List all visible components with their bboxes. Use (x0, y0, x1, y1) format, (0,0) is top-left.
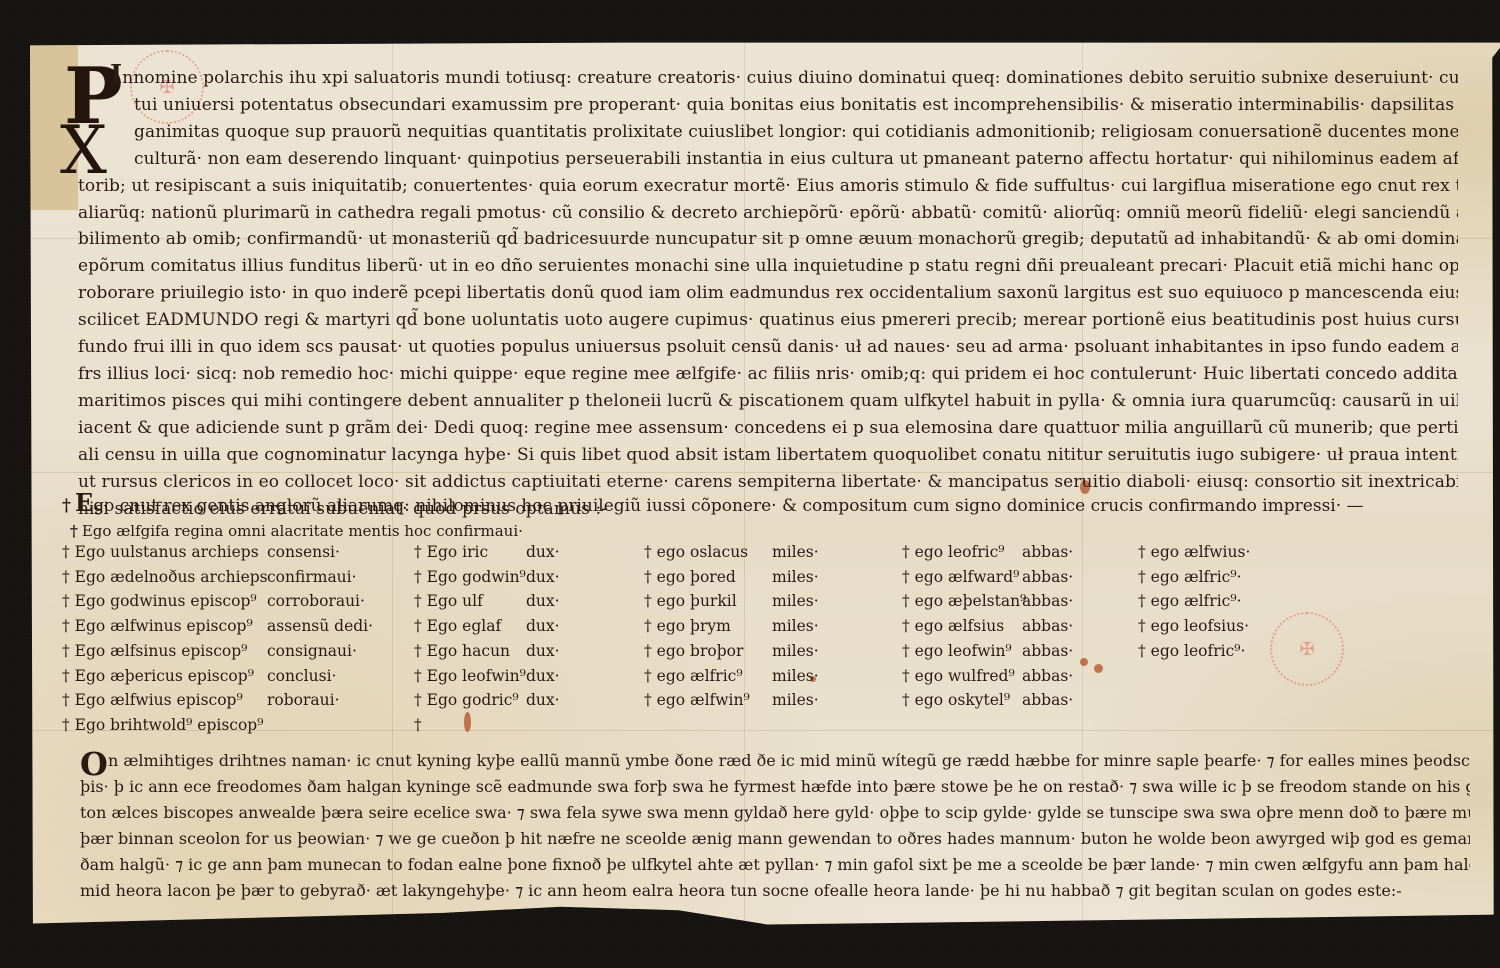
witness-name: † ego oslacus (644, 540, 772, 565)
witness-title: dux· (526, 614, 560, 639)
cross-icon: † (62, 496, 71, 516)
witness-title: abbas· (1022, 688, 1073, 713)
witness-row: † ego ælfric⁹· (1138, 565, 1250, 590)
witness-row: † ego ælfric⁹miles· (644, 664, 819, 689)
text-line: tui uniuersi potentatus obsecundari exam… (78, 92, 1458, 119)
witness-row: † ego oslacusmiles· (644, 540, 819, 565)
witness-title: abbas· (1022, 540, 1073, 565)
witness-row: † ego þurkilmiles· (644, 589, 819, 614)
witness-row: † ego þrymmiles· (644, 614, 819, 639)
witness-row: † Ego hacundux· (414, 639, 560, 664)
witness-name: † Ego godwin⁹ (414, 565, 526, 590)
text-line: n ælmihtiges drihtnes naman· ic cnut kyn… (80, 748, 1470, 774)
witness-title: confirmaui· (267, 565, 357, 590)
witness-row: † ego ælfsiusabbas· (902, 614, 1073, 639)
witness-title: dux· (526, 639, 560, 664)
text-line: scilicet EADMUNDO regi & martyri qd̃ bon… (78, 307, 1458, 334)
witness-title: dux· (526, 688, 560, 713)
witness-row: † Ego godwinus episcop⁹corroboraui· (62, 589, 373, 614)
witness-name: † Ego godwinus episcop⁹ (62, 589, 267, 614)
witness-row: † Ego ælfwinus episcop⁹assensũ dedi· (62, 614, 373, 639)
text-line: mid heora lacon þe þær to gebyrað· æt la… (80, 878, 1470, 904)
witness-name: † Ego ædelnoðus archieps (62, 565, 267, 590)
stain-mark (1094, 664, 1103, 673)
latin-charter-text: Innomine polarchis ihu xpi saluatoris mu… (78, 62, 1458, 522)
stain-mark (1080, 658, 1088, 666)
witness-name: † ego ælfwin⁹ (644, 688, 772, 713)
witness-initial: E (75, 488, 93, 517)
witness-name: † (414, 713, 526, 738)
witness-row: † ego ælfward⁹abbas· (902, 565, 1073, 590)
witness-name: † ego leofsius· (1138, 614, 1249, 639)
witness-name: † ego wulfred⁹ (902, 664, 1022, 689)
witness-column-clergy: † Ego uulstanus archiepsconsensi· † Ego … (62, 540, 373, 738)
witness-name: † ego ælfric⁹ (644, 664, 772, 689)
witness-title: abbas· (1022, 589, 1073, 614)
witness-row: † ego leofwin⁹abbas· (902, 639, 1073, 664)
witness-name: † ego broþor (644, 639, 772, 664)
witness-column-duces: † Ego iricdux· † Ego godwin⁹dux· † Ego u… (414, 540, 560, 738)
witness-title: abbas· (1022, 664, 1073, 689)
witness-name: † ego oskytel⁹ (902, 688, 1022, 713)
witness-row: † Ego leofwin⁹dux· (414, 664, 560, 689)
text-line: torib; ut resipiscant a suis iniquitatib… (78, 173, 1458, 200)
witness-name: † Ego hacun (414, 639, 526, 664)
witness-title: abbas· (1022, 565, 1073, 590)
royal-attestations: †Ego cnut rex gentis anglorũ aliarumq: n… (62, 490, 1462, 544)
latin-initial: I (110, 62, 122, 90)
witness-row: † ego þoredmiles· (644, 565, 819, 590)
text-line: ali censu in uilla que cognominatur lacy… (78, 442, 1458, 469)
attestation-text: Ego ælfgifa regina omni alacritate menti… (82, 522, 523, 540)
witness-name: † ego ælfward⁹ (902, 565, 1022, 590)
text-line: aliarũq: nationũ plurimarũ in cathedra r… (78, 200, 1458, 227)
witness-row: † Ego brihtwold⁹ episcop⁹ (62, 713, 373, 738)
witness-row: † Ego æþericus episcop⁹conclusi· (62, 664, 373, 689)
witness-name: † Ego godric⁹ (414, 688, 526, 713)
witness-row: † ego ælfric⁹· (1138, 589, 1250, 614)
witness-name: † ego ælfric⁹· (1138, 565, 1241, 590)
witness-row: † ego broþormiles· (644, 639, 819, 664)
witness-title: miles· (772, 664, 819, 689)
text-line: ton ælces biscopes anwealde þæra seire e… (80, 800, 1470, 826)
oe-initial: O (80, 748, 108, 780)
text-line: roborare priuilegio isto· in quo inderẽ … (78, 280, 1458, 307)
charter-parchment: ✠ ✠ P X Innomine polarchis ihu xpi salua… (30, 40, 1500, 928)
witness-row: † Ego ædelnoðus archiepsconfirmaui· (62, 565, 373, 590)
witness-title: abbas· (1022, 614, 1073, 639)
witness-row: † ego æþelstan⁹abbas· (902, 589, 1073, 614)
witness-title: roboraui· (267, 688, 340, 713)
witness-row: † Ego iricdux· (414, 540, 560, 565)
witness-row: † ego oskytel⁹abbas· (902, 688, 1073, 713)
text-line: bilimento ab omib; confirmandũ· ut monas… (78, 226, 1458, 253)
text-line: maritimos pisces qui mihi contingere deb… (78, 388, 1458, 415)
witness-row: † Ego uulstanus archiepsconsensi· (62, 540, 373, 565)
witness-title: dux· (526, 589, 560, 614)
witness-name: † Ego æþericus episcop⁹ (62, 664, 267, 689)
witness-title: abbas· (1022, 639, 1073, 664)
witness-column-others: † ego ælfwius· † ego ælfric⁹· † ego ælfr… (1138, 540, 1250, 664)
witness-row: † ego ælfwin⁹miles· (644, 688, 819, 713)
witness-row: † Ego godric⁹dux· (414, 688, 560, 713)
witness-title: dux· (526, 565, 560, 590)
witness-name: † ego ælfric⁹· (1138, 589, 1241, 614)
witness-title: miles· (772, 540, 819, 565)
witness-name: † ego þrym (644, 614, 772, 639)
witness-name: † Ego eglaf (414, 614, 526, 639)
witness-title: corroboraui· (267, 589, 365, 614)
witness-title: assensũ dedi· (267, 614, 373, 639)
old-english-text: O n ælmihtiges drihtnes naman· ic cnut k… (80, 748, 1470, 904)
witness-name: † ego þurkil (644, 589, 772, 614)
witness-column-milites: † ego oslacusmiles· † ego þoredmiles· † … (644, 540, 819, 713)
witness-name: † Ego ælfwius episcop⁹ (62, 688, 267, 713)
witness-name: † Ego uulstanus archieps (62, 540, 267, 565)
witness-name: † Ego ælfsinus episcop⁹ (62, 639, 267, 664)
witness-column-abbates: † ego leofric⁹abbas· † ego ælfward⁹abbas… (902, 540, 1073, 713)
text-line: Innomine polarchis ihu xpi saluatoris mu… (78, 62, 1458, 92)
witness-name: † ego æþelstan⁹ (902, 589, 1022, 614)
text-line: þær binnan sceolon for us þeowian· ⁊ we … (80, 826, 1470, 852)
text-line: culturã· non eam deserendo linquant· qui… (78, 146, 1458, 173)
text-line: frs illius loci· sicq: nob remedio hoc· … (78, 361, 1458, 388)
text-line: ðam halgũ· ⁊ ic ge ann þam munecan to fo… (80, 852, 1470, 878)
witness-title: miles· (772, 688, 819, 713)
witness-row: † ego leofsius· (1138, 614, 1250, 639)
witness-row: † Ego ulfdux· (414, 589, 560, 614)
witness-row: † Ego ælfsinus episcop⁹consignaui· (62, 639, 373, 664)
witness-row: † Ego eglafdux· (414, 614, 560, 639)
king-attestation: †Ego cnut rex gentis anglorũ aliarumq: n… (62, 490, 1462, 519)
attestation-text: go cnut rex gentis anglorũ aliarumq: nih… (93, 496, 1363, 516)
witness-name: † ego leofric⁹· (1138, 639, 1245, 664)
witness-row: † (414, 713, 560, 738)
witness-name: † ego ælfsius (902, 614, 1022, 639)
text-line: þis· þ ic ann ece freodomes ðam halgan k… (80, 774, 1470, 800)
witness-name: † Ego iric (414, 540, 526, 565)
witness-row: † ego leofric⁹abbas· (902, 540, 1073, 565)
library-stamp-icon: ✠ (1270, 612, 1344, 686)
witness-name: † ego leofric⁹ (902, 540, 1022, 565)
witness-title: dux· (526, 540, 560, 565)
witness-row: † Ego ælfwius episcop⁹roboraui· (62, 688, 373, 713)
witness-name: † ego þored (644, 565, 772, 590)
text-line: fundo frui illi in quo idem scs pausat· … (78, 334, 1458, 361)
cross-icon: † (70, 522, 78, 540)
line-text: nnomine polarchis ihu xpi saluatoris mun… (122, 68, 1458, 88)
witness-row: † ego leofric⁹· (1138, 639, 1250, 664)
witness-row: † ego wulfred⁹abbas· (902, 664, 1073, 689)
witness-title: consensi· (267, 540, 340, 565)
witness-title: miles· (772, 614, 819, 639)
text-line: iacent & que adiciende sunt p grãm dei· … (78, 415, 1458, 442)
witness-name: † ego leofwin⁹ (902, 639, 1022, 664)
witness-name: † Ego ælfwinus episcop⁹ (62, 614, 267, 639)
witness-name: † Ego leofwin⁹ (414, 664, 526, 689)
witness-row: † ego ælfwius· (1138, 540, 1250, 565)
text-line: epõrum comitatus illius funditus liberũ·… (78, 253, 1458, 280)
witness-title: miles· (772, 639, 819, 664)
text-line: ganimitas quoque sup prauorũ nequitias q… (78, 119, 1458, 146)
witness-name: † Ego ulf (414, 589, 526, 614)
witness-name: † ego ælfwius· (1138, 540, 1250, 565)
witness-title: miles· (772, 589, 819, 614)
witness-title: miles· (772, 565, 819, 590)
witness-title: dux· (526, 664, 560, 689)
witness-title: conclusi· (267, 664, 336, 689)
witness-name: † Ego brihtwold⁹ episcop⁹ (62, 713, 267, 738)
witness-title: consignaui· (267, 639, 357, 664)
witness-row: † Ego godwin⁹dux· (414, 565, 560, 590)
